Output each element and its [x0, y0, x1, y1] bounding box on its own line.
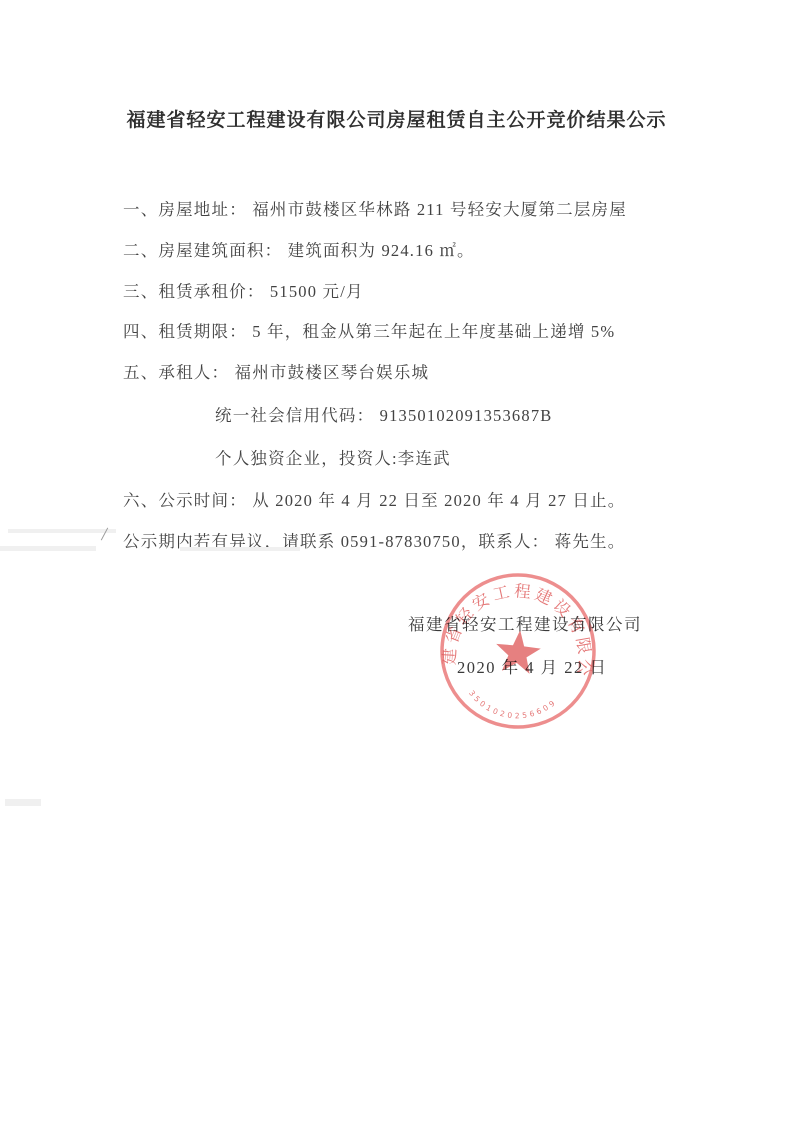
- seal-serial-textpath: 3501020256609: [465, 688, 560, 725]
- scan-artifact: [5, 799, 41, 806]
- scan-artifact: [8, 529, 116, 533]
- line-lessee: 五、承租人： 福州市鼓楼区琴台娱乐城: [123, 359, 429, 383]
- line-house-address: 一、房屋地址： 福州市鼓楼区华林路 211 号轻安大厦第二层房屋: [123, 196, 627, 220]
- signature-date: 2020 年 4 月 22 日: [457, 654, 607, 678]
- document-page: 福建省轻安工程建设有限公司房屋租赁自主公开竞价结果公示 一、房屋地址： 福州市鼓…: [0, 0, 793, 1121]
- document-title: 福建省轻安工程建设有限公司房屋租赁自主公开竞价结果公示: [0, 105, 793, 132]
- line-credit-code: 统一社会信用代码： 91350102091353687B: [215, 402, 552, 426]
- line-rent-price: 三、租赁承租价： 51500 元/月: [123, 278, 364, 302]
- line-lease-term: 四、租赁期限： 5 年，租金从第三年起在上年度基础上递增 5%: [123, 318, 615, 342]
- scan-artifact: [180, 547, 300, 551]
- seal-border-circle: [434, 567, 601, 734]
- seal-serial-number: 3501020256609: [465, 688, 560, 725]
- signature-company: 福建省轻安工程建设有限公司: [408, 611, 642, 635]
- scan-artifact: [0, 546, 96, 551]
- line-building-area: 二、房屋建筑面积： 建筑面积为 924.16 ㎡。: [123, 237, 475, 261]
- line-investor: 个人独资企业，投资人:李连武: [215, 445, 451, 469]
- line-publicity-period: 六、公示时间： 从 2020 年 4 月 22 日至 2020 年 4 月 27…: [123, 487, 625, 511]
- company-seal-stamp: 福建省轻安工程建设有限公司 3501020256609: [425, 558, 612, 745]
